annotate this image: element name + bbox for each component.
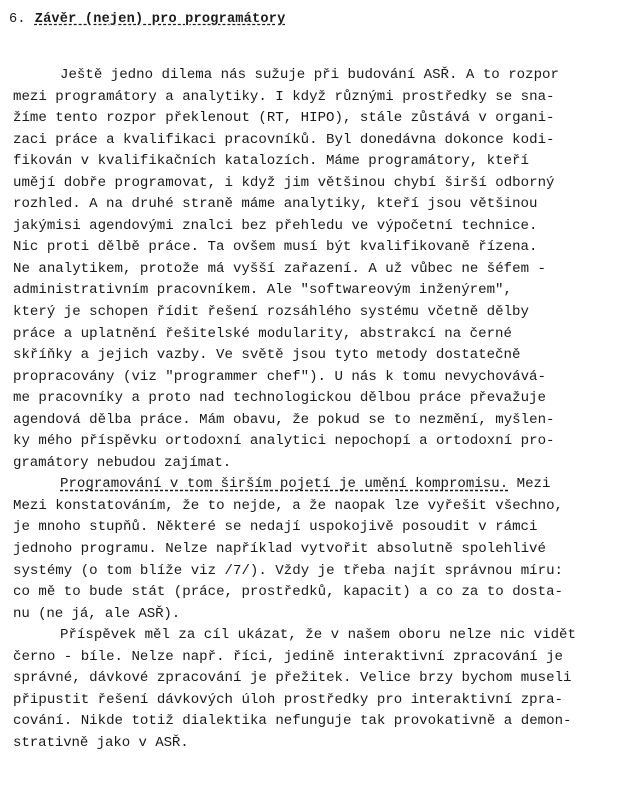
- section-number: 6.: [9, 12, 26, 27]
- text-line: fikován v kvalifikačních katalozích. Mám…: [13, 151, 638, 173]
- section-heading: 6.Závěr (nejen) pro programátory: [9, 11, 285, 29]
- text-line: ky mého příspěvku ortodoxní analytici ne…: [13, 431, 638, 453]
- text-line: jakýmisi agendovými znalci bez přehledu …: [13, 216, 638, 238]
- paragraph-1: Ještě jedno dilema nás sužuje při budová…: [13, 65, 638, 474]
- text-line: správné, dávkové zpracování je přežitek.…: [13, 668, 638, 690]
- text-line: Ještě jedno dilema nás sužuje při budová…: [13, 65, 638, 87]
- text-line: me pracovníky a proto nad technologickou…: [13, 388, 638, 410]
- text-line: mezi programátory a analytiky. I když rů…: [13, 87, 638, 109]
- text-line: skříňky a jejich vazby. Ve světě jsou ty…: [13, 345, 638, 367]
- text-line: umějí dobře programovat, i když jim větš…: [13, 173, 638, 195]
- underlined-thesis: Programování v tom širším pojetí je uměn…: [60, 476, 508, 492]
- text-line: Příspěvek měl za cíl ukázat, že v našem …: [13, 625, 638, 647]
- text-line: cování. Nikde totiž dialektika nefunguje…: [13, 711, 638, 733]
- text-line: jednoho programu. Nelze například vytvoř…: [13, 539, 638, 561]
- document-body: Ještě jedno dilema nás sužuje při budová…: [13, 65, 638, 755]
- text-line: nu (ne já, ale ASŘ).: [13, 604, 638, 626]
- text-line: který je schopen řídit řešení rozsáhlého…: [13, 302, 638, 324]
- text-line: rozhled. A na druhé straně máme analytik…: [13, 194, 638, 216]
- text-line: práce a uplatnění řešitelské modularity,…: [13, 324, 638, 346]
- typewritten-page: 6.Závěr (nejen) pro programátory Ještě j…: [0, 0, 643, 791]
- text-line: zaci práce a kvalifikaci pracovníků. Byl…: [13, 130, 638, 152]
- text-line: černo - bíle. Nelze např. říci, jedině i…: [13, 647, 638, 669]
- text-line: agendová dělba práce. Mám obavu, že poku…: [13, 410, 638, 432]
- text-line: strativně jako v ASŘ.: [13, 733, 638, 755]
- text-line: Programování v tom širším pojetí je uměn…: [13, 474, 638, 496]
- text-line: administrativním pracovníkem. Ale "softw…: [13, 280, 638, 302]
- text-line: systémy (o tom blíže viz /7/). Vždy je t…: [13, 561, 638, 583]
- text-line: propracovány (viz "programmer chef"). U …: [13, 367, 638, 389]
- text-line: Mezi konstatováním, že to nejde, a že na…: [13, 496, 638, 518]
- text-line: co mě to bude stát (práce, prostředků, k…: [13, 582, 638, 604]
- text-line: gramátory nebudou zajímat.: [13, 453, 638, 475]
- text-fragment: Mezi: [508, 476, 550, 492]
- text-line: žíme tento rozpor překlenout (RT, HIPO),…: [13, 108, 638, 130]
- text-line: Ne analytikem, protože má vyšší zařazení…: [13, 259, 638, 281]
- text-line: je mnoho stupňů. Některé se nedají uspok…: [13, 517, 638, 539]
- section-title: Závěr (nejen) pro programátory: [35, 12, 286, 27]
- paragraph-2: Programování v tom širším pojetí je uměn…: [13, 474, 638, 625]
- paragraph-3: Příspěvek měl za cíl ukázat, že v našem …: [13, 625, 638, 754]
- text-line: Nic proti dělbě práce. Ta ovšem musí být…: [13, 237, 638, 259]
- text-line: připustit řešení dávkových úloh prostřed…: [13, 690, 638, 712]
